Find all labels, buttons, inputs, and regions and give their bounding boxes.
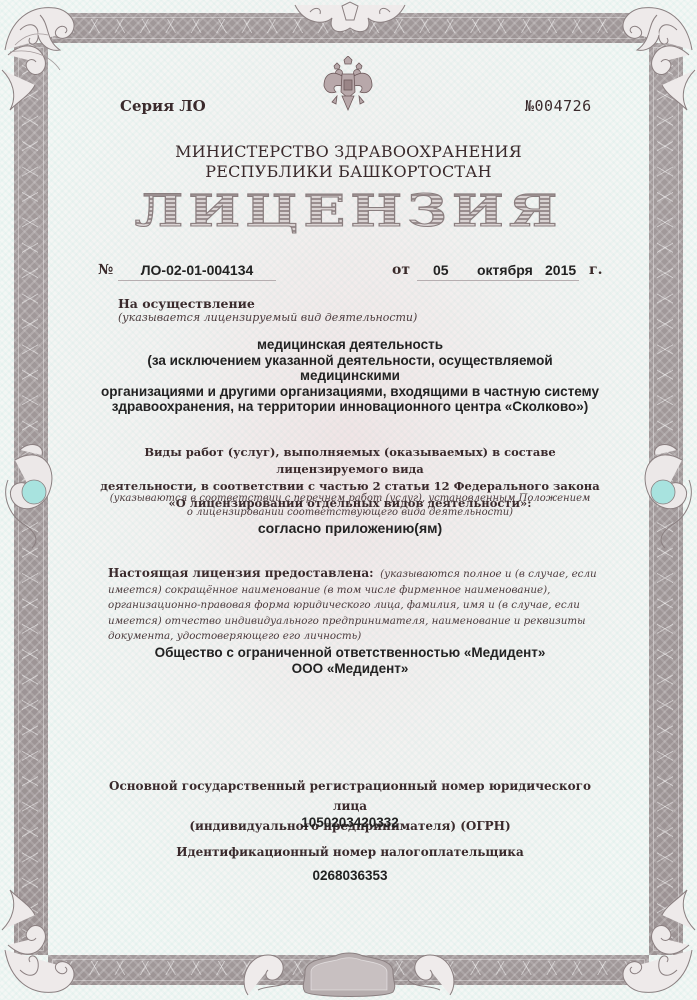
works-value: согласно приложению(ям) bbox=[100, 520, 600, 536]
side-scroll-ornament-icon bbox=[637, 440, 697, 550]
license-series: Серия ЛО bbox=[120, 97, 206, 115]
corner-acanthus-ornament-icon bbox=[612, 0, 697, 115]
blank-serial-number: №004726 bbox=[525, 97, 592, 115]
ogrn-label-line: Основной государственный регистрационный… bbox=[100, 776, 600, 816]
side-scroll-ornament-icon bbox=[0, 440, 60, 550]
inn-label: Идентификационный номер налогоплательщик… bbox=[100, 845, 600, 859]
license-number: ЛО-02-01-004134 bbox=[118, 262, 276, 278]
organization-short-name: ООО «Медидент» bbox=[100, 661, 600, 676]
activity-line: (за исключением указанной деятельности, … bbox=[100, 353, 600, 384]
ministry-line-2: РЕСПУБЛИКИ БАШКОРТОСТАН bbox=[0, 162, 697, 182]
date-month: октября bbox=[477, 262, 533, 278]
licensee-label: Настоящая лицензия предоставлена: bbox=[108, 566, 374, 580]
corner-acanthus-ornament-icon bbox=[0, 885, 85, 1000]
inn-value: 0268036353 bbox=[100, 868, 600, 883]
license-number-underline bbox=[118, 280, 276, 281]
activity-label: На осуществление bbox=[118, 296, 255, 311]
corner-acanthus-ornament-icon bbox=[612, 885, 697, 1000]
works-hint: (указываются в соответствии с перечнем р… bbox=[100, 492, 600, 520]
works-hint-line: (указываются в соответствии с перечнем р… bbox=[100, 492, 600, 506]
activity-line: организациями и другими организациями, в… bbox=[100, 384, 600, 400]
top-center-ornament-icon bbox=[290, 0, 410, 40]
works-hint-line: о лицензировании соответствующего вида д… bbox=[100, 506, 600, 520]
date-year: 2015 bbox=[545, 262, 576, 278]
activity-hint: (указывается лицензируемый вид деятельно… bbox=[118, 311, 417, 324]
corner-acanthus-ornament-icon bbox=[0, 0, 85, 115]
document-title-outline: ЛИЦЕНЗИЯ bbox=[0, 186, 697, 237]
activity-line: здравоохранения, на территории инновацио… bbox=[100, 399, 600, 415]
date-underline bbox=[417, 280, 579, 281]
organization-full-name: Общество с ограниченной ответственностью… bbox=[100, 645, 600, 660]
ogrn-value: 1050203420332 bbox=[100, 815, 600, 830]
coat-of-arms-icon bbox=[322, 56, 374, 116]
bottom-cartouche-ornament-icon bbox=[295, 952, 403, 1000]
issuing-authority: МИНИСТЕРСТВО ЗДРАВООХРАНЕНИЯ РЕСПУБЛИКИ … bbox=[0, 142, 697, 182]
date-year-suffix: г. bbox=[589, 262, 602, 278]
activity-line: медицинская деятельность bbox=[100, 337, 600, 353]
licensee-section: Настоящая лицензия предоставлена: (указы… bbox=[108, 566, 608, 645]
ministry-line-1: МИНИСТЕРСТВО ЗДРАВООХРАНЕНИЯ bbox=[0, 142, 697, 162]
bottom-scroll-ornament-icon bbox=[405, 950, 460, 1000]
licensed-activity: медицинская деятельность (за исключением… bbox=[100, 337, 600, 415]
license-number-label: № bbox=[98, 262, 113, 278]
works-label-line: Виды работ (услуг), выполняемых (оказыва… bbox=[100, 444, 600, 478]
date-from-label: от bbox=[392, 262, 410, 278]
date-day: 05 bbox=[433, 262, 449, 278]
bottom-scroll-ornament-icon bbox=[238, 950, 293, 1000]
